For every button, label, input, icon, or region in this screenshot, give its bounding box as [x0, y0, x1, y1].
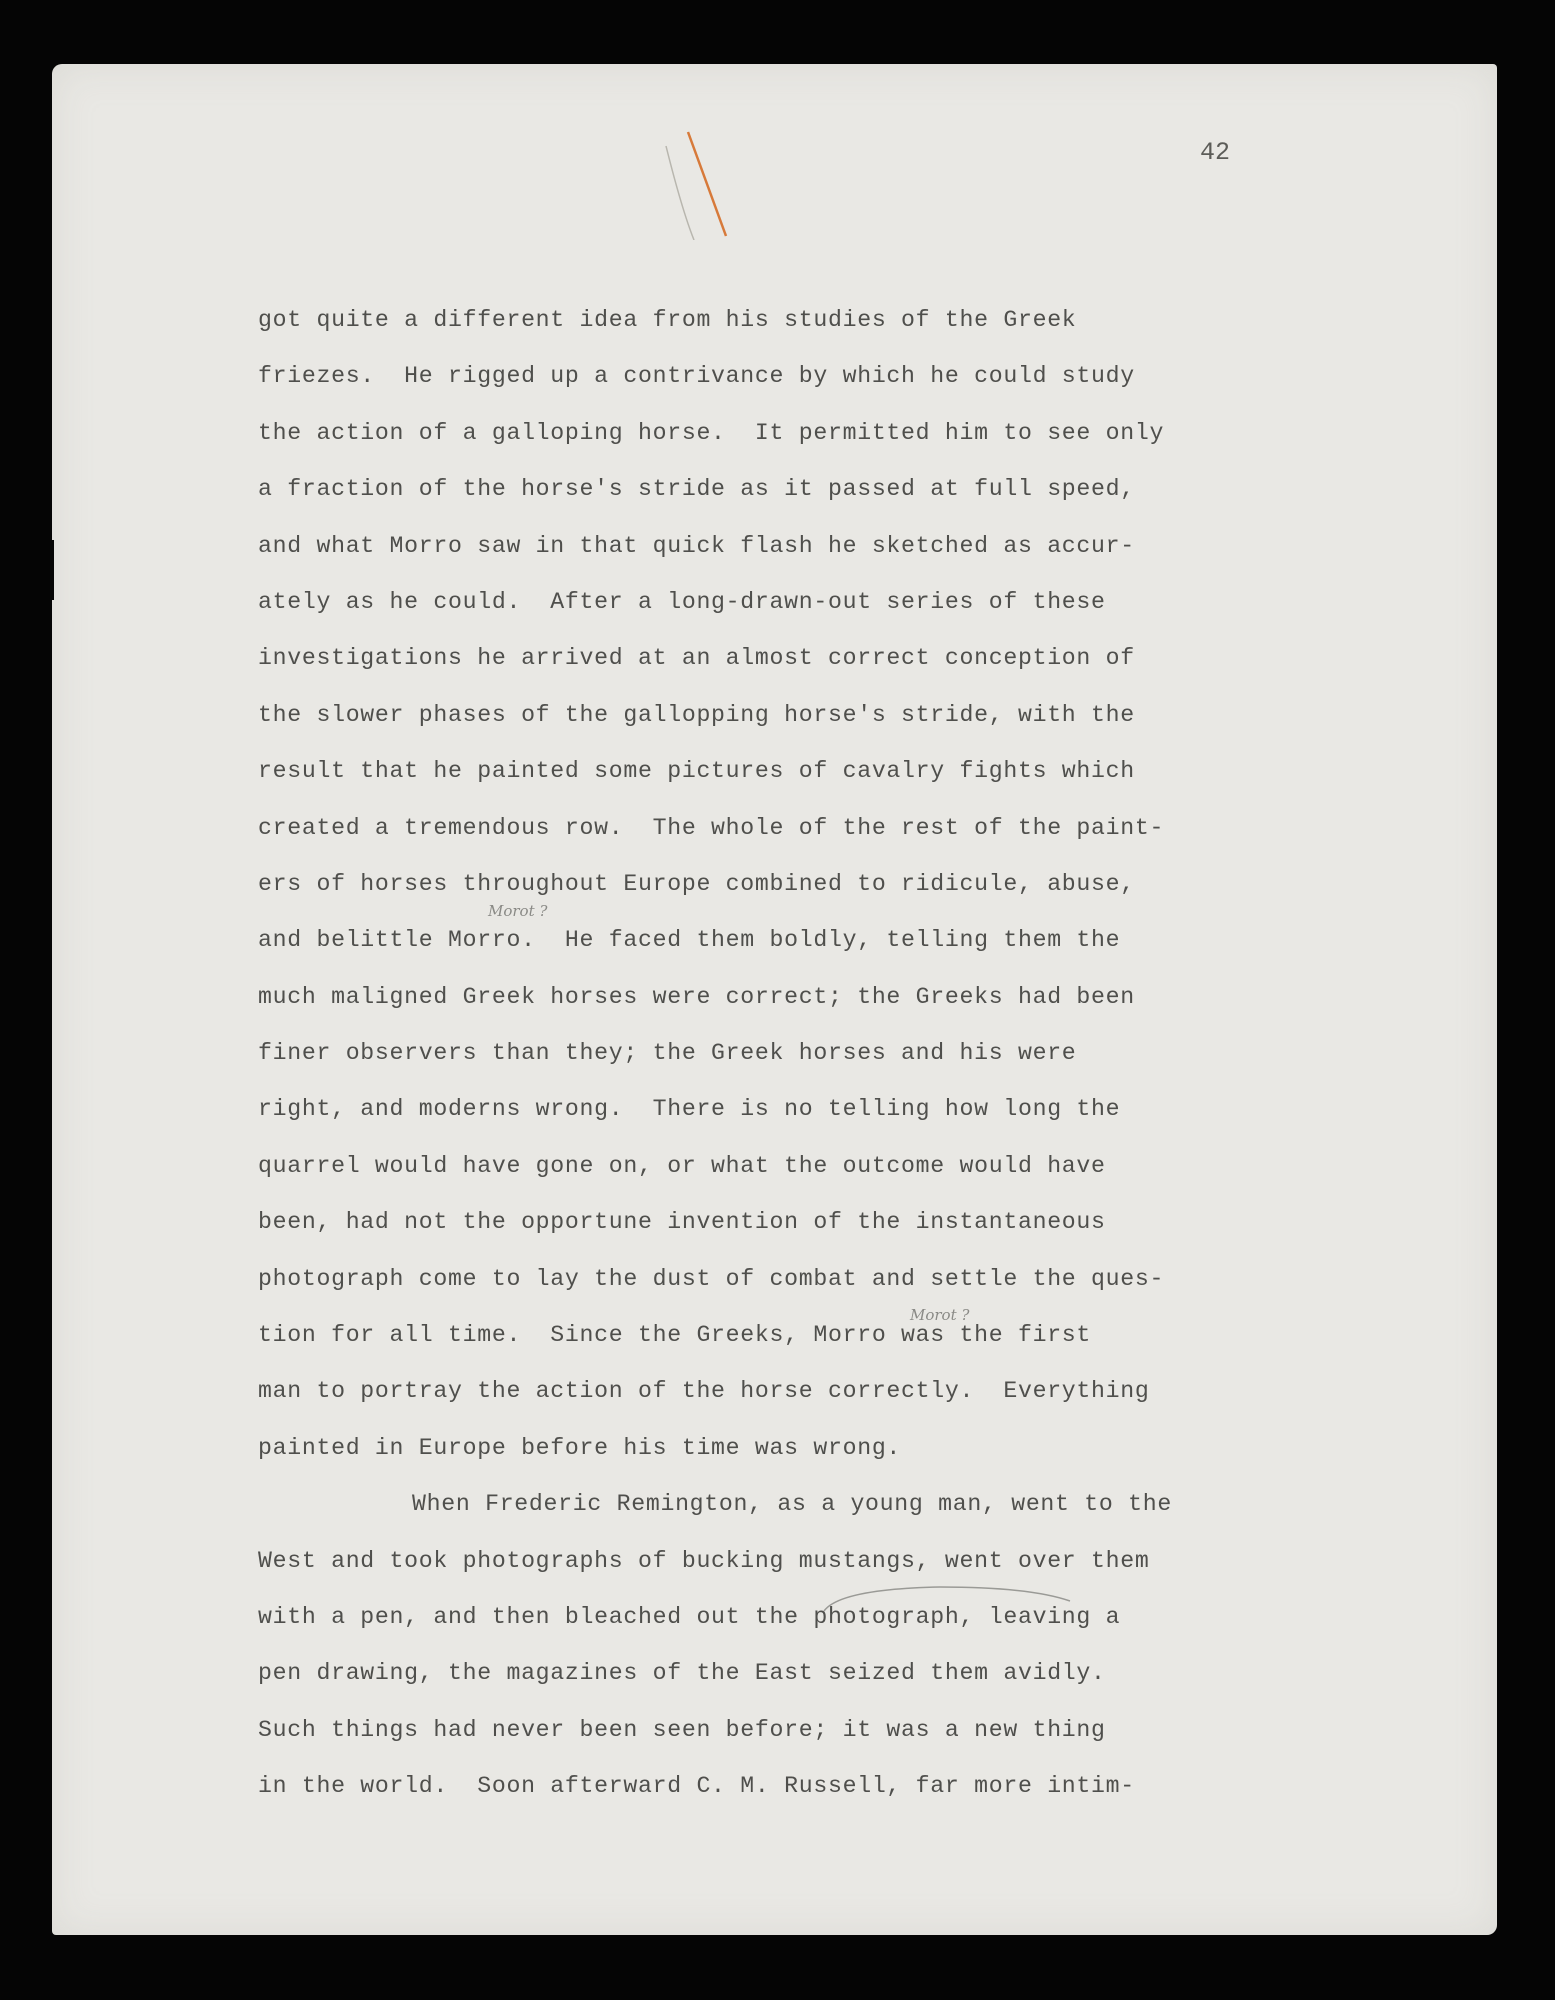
text-line: ately as he could. After a long-drawn-ou…	[258, 582, 1408, 638]
text-line: quarrel would have gone on, or what the …	[258, 1146, 1408, 1202]
paragraph-1: got quite a different idea from his stud…	[258, 300, 1408, 1484]
text-line: got quite a different idea from his stud…	[258, 300, 1408, 356]
text-line: pen drawing, the magazines of the East s…	[258, 1653, 1408, 1709]
text-line: investigations he arrived at an almost c…	[258, 638, 1408, 694]
text-line: Such things had never been seen before; …	[258, 1710, 1408, 1766]
text-line: the action of a galloping horse. It perm…	[258, 413, 1408, 469]
paragraph-2: When Frederic Remington, as a young man,…	[258, 1484, 1408, 1822]
text-line: painted in Europe before his time was wr…	[258, 1428, 1408, 1484]
text-line: photograph come to lay the dust of comba…	[258, 1259, 1408, 1315]
handwritten-annotation: Morot ?	[488, 902, 547, 920]
page-number: 42	[1200, 138, 1230, 167]
text-line: created a tremendous row. The whole of t…	[258, 808, 1408, 864]
text-line: man to portray the action of the horse c…	[258, 1371, 1408, 1427]
text-line: the slower phases of the gallopping hors…	[258, 695, 1408, 751]
text-line: tion for all time. Since the Greeks, Mor…	[258, 1315, 1408, 1371]
text-line: finer observers than they; the Greek hor…	[258, 1033, 1408, 1089]
text-line: in the world. Soon afterward C. M. Russe…	[258, 1766, 1408, 1822]
text-line: and belittle Morro. He faced them boldly…	[258, 920, 1408, 976]
text-line: ers of horses throughout Europe combined…	[258, 864, 1408, 920]
text-line: been, had not the opportune invention of…	[258, 1202, 1408, 1258]
handwritten-caret-mark-icon	[820, 1585, 1080, 1615]
text-line: much maligned Greek horses were correct;…	[258, 977, 1408, 1033]
text-line: When Frederic Remington, as a young man,…	[258, 1484, 1408, 1540]
handwritten-annotation: Morot ?	[910, 1306, 969, 1324]
page-edge-tear	[48, 540, 54, 600]
text-line: result that he painted some pictures of …	[258, 751, 1408, 807]
text-line: friezes. He rigged up a contrivance by w…	[258, 356, 1408, 412]
text-line: a fraction of the horse's stride as it p…	[258, 469, 1408, 525]
text-line: right, and moderns wrong. There is no te…	[258, 1089, 1408, 1145]
text-line: and what Morro saw in that quick flash h…	[258, 526, 1408, 582]
